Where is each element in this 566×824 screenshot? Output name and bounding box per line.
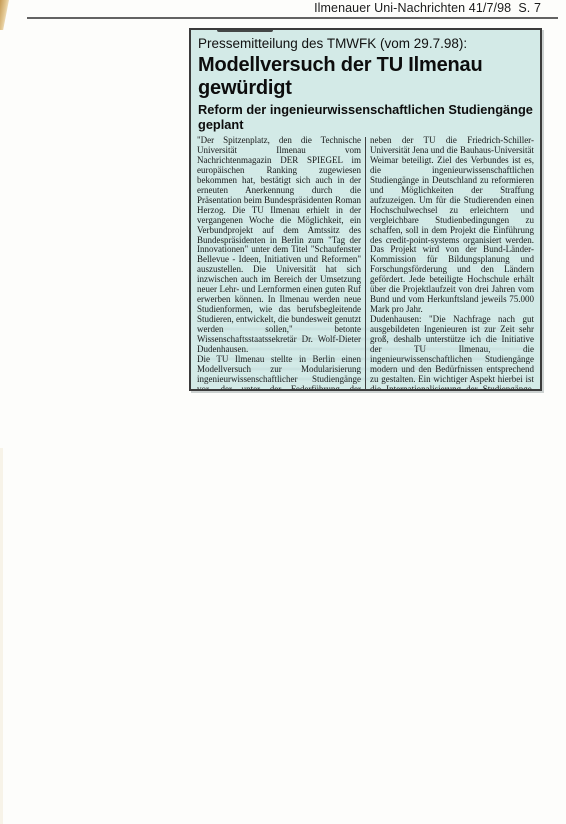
press-release-box: Pressemitteilung des TMWFK (vom 29.7.98)…	[189, 28, 542, 391]
paragraph: Die TU Ilmenau stellte in Berlin einen M…	[197, 355, 361, 391]
scan-smudge-artifact	[217, 28, 273, 32]
paragraph: "Der Spitzenplatz, den die Technische Un…	[197, 136, 361, 355]
article-headline: Modellversuch der TU Ilmenau gewürdigt	[198, 54, 534, 100]
paragraph: Dudenhausen: "Die Nachfrage nach gut aus…	[370, 315, 534, 391]
paragraph: neben der TU die Friedrich-Schiller-Univ…	[370, 136, 534, 315]
article-column-right: neben der TU die Friedrich-Schiller-Univ…	[370, 136, 534, 391]
article-kicker: Pressemitteilung des TMWFK (vom 29.7.98)…	[198, 36, 534, 51]
column-divider	[365, 137, 366, 391]
page-edge-artifact	[0, 448, 3, 824]
masthead-text: Ilmenauer Uni-Nachrichten 41/7/98 S. 7	[0, 1, 541, 15]
article-body: "Der Spitzenplatz, den die Technische Un…	[197, 136, 534, 391]
article-subheadline: Reform der ingenieurwissenschaftlichen S…	[198, 102, 534, 132]
article-column-left: "Der Spitzenplatz, den die Technische Un…	[197, 136, 361, 391]
scanned-newsletter-page: Ilmenauer Uni-Nachrichten 41/7/98 S. 7 P…	[0, 0, 566, 824]
header-rule	[27, 17, 558, 19]
